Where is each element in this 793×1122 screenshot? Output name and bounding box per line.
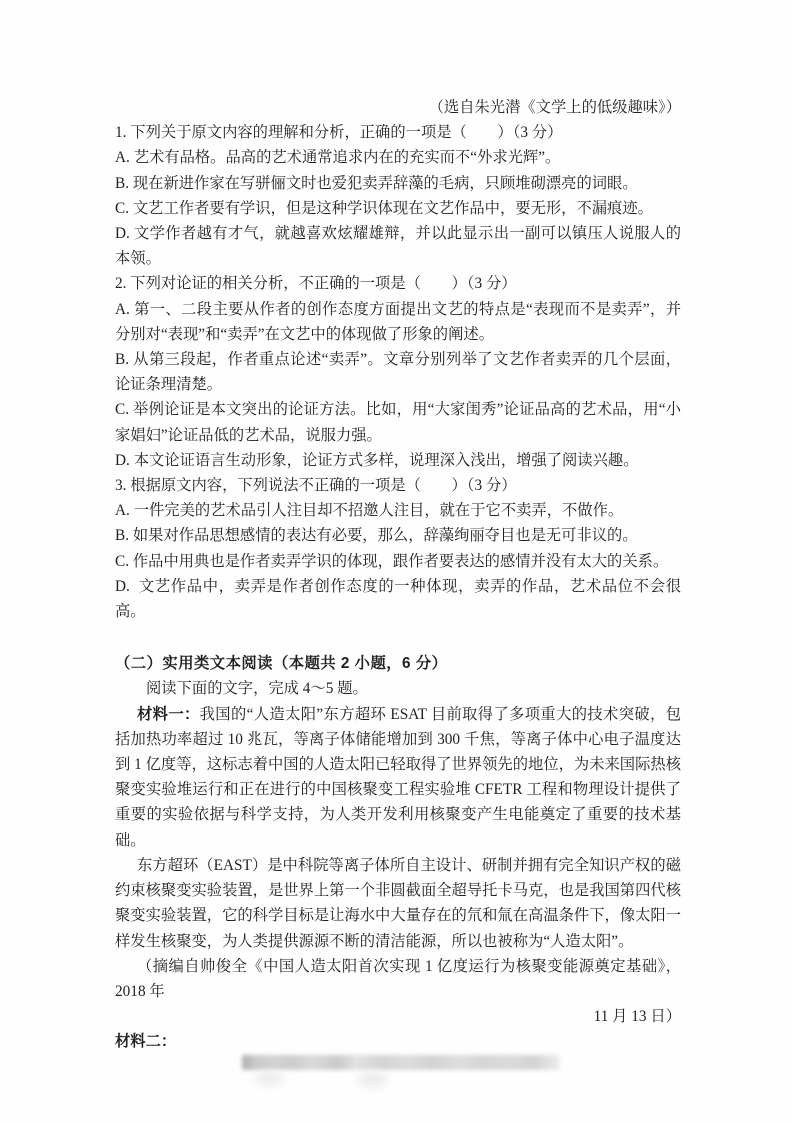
material-1-label: 材料一： <box>137 706 200 723</box>
exam-paper-content: （选自朱光潜《文学上的低级趣味》） 1. 下列关于原文内容的理解和分析，正确的一… <box>115 95 681 1055</box>
question-2-option-d: D. 本文论证语言生动形象，论证方式多样，说理深入浅出，增强了阅读兴趣。 <box>115 448 681 473</box>
question-1-option-d: D. 文学作者越有才气，就越喜欢炫耀雄辩，并以此显示出一副可以镇压人说服人的本领… <box>115 221 681 271</box>
citation-line-1: （摘编自帅俊全《中国人造太阳首次实现 1 亿度运行为核聚变能源奠定基础》，201… <box>115 954 681 1004</box>
question-2-option-c: C. 举例论证是本文突出的论证方法。比如，用“大家闺秀”论证品高的艺术品，用“小… <box>115 397 681 447</box>
section-2-heading: （二）实用类文本阅读（本题共 2 小题，6 分） <box>115 651 681 676</box>
material-1-paragraph-1: 材料一：我国的“人造太阳”东方超环 ESAT 目前取得了多项重大的技术突破，包括… <box>115 702 681 853</box>
citation-line-2: 11 月 13 日） <box>115 1004 681 1029</box>
exam-paper-page: （选自朱光潜《文学上的低级趣味》） 1. 下列关于原文内容的理解和分析，正确的一… <box>0 0 793 1122</box>
material-2-label: 材料二： <box>115 1029 681 1054</box>
material-1-paragraph-2: 东方超环（EAST）是中科院等离子体所自主设计、研制并拥有完全知识产权的磁约束核… <box>115 853 681 954</box>
question-3-option-d: D. 文艺作品中，卖弄是作者创作态度的一种体现，卖弄的作品，艺术品位不会很高。 <box>115 574 681 624</box>
question-1-option-c: C. 文艺工作者要有学识，但是这种学识体现在文艺作品中，要无形，不漏痕迹。 <box>115 196 681 221</box>
question-1-option-b: B. 现在新进作家在写骈俪文时也爱犯卖弄辞藻的毛病，只顾堆砌漂亮的词眼。 <box>115 171 681 196</box>
question-1-option-a: A. 艺术有品格。品高的艺术通常追求内在的充实而不“外求光辉”。 <box>115 145 681 170</box>
material-1-paragraph-1-text: 我国的“人造太阳”东方超环 ESAT 目前取得了多项重大的技术突破，包括加热功率… <box>115 706 681 849</box>
question-3-option-b: B. 如果对作品思想感情的表达有必要，那么，辞藻绚丽夺目也是无可非议的。 <box>115 523 681 548</box>
question-3-stem: 3. 根据原文内容，下列说法不正确的一项是（ ）（3 分） <box>115 473 681 498</box>
question-3-option-a: A. 一件完美的艺术品引人注目却不招邀人注目，就在于它不卖弄，不做作。 <box>115 498 681 523</box>
question-2-option-a: A. 第一、二段主要从作者的创作态度方面提出文艺的特点是“表现而不是卖弄”，并分… <box>115 297 681 347</box>
source-attribution: （选自朱光潜《文学上的低级趣味》） <box>115 95 681 120</box>
section-2-intro: 阅读下面的文字，完成 4～5 题。 <box>115 676 681 701</box>
question-2-stem: 2. 下列对论证的相关分析，不正确的一项是（ ）（3 分） <box>115 271 681 296</box>
question-2-option-b: B. 从第三段起，作者重点论述“卖弄”。文章分别列举了文艺作者卖弄的几个层面，论… <box>115 347 681 397</box>
question-3-option-c: C. 作品中用典也是作者卖弄学识的体现，跟作者要表达的感情并没有太大的关系。 <box>115 549 681 574</box>
question-1-stem: 1. 下列关于原文内容的理解和分析，正确的一项是（ ）（3 分） <box>115 120 681 145</box>
watermark-smudge <box>358 1072 388 1088</box>
watermark-smudge <box>255 1072 283 1086</box>
bottom-blurred-watermark <box>242 1055 560 1070</box>
